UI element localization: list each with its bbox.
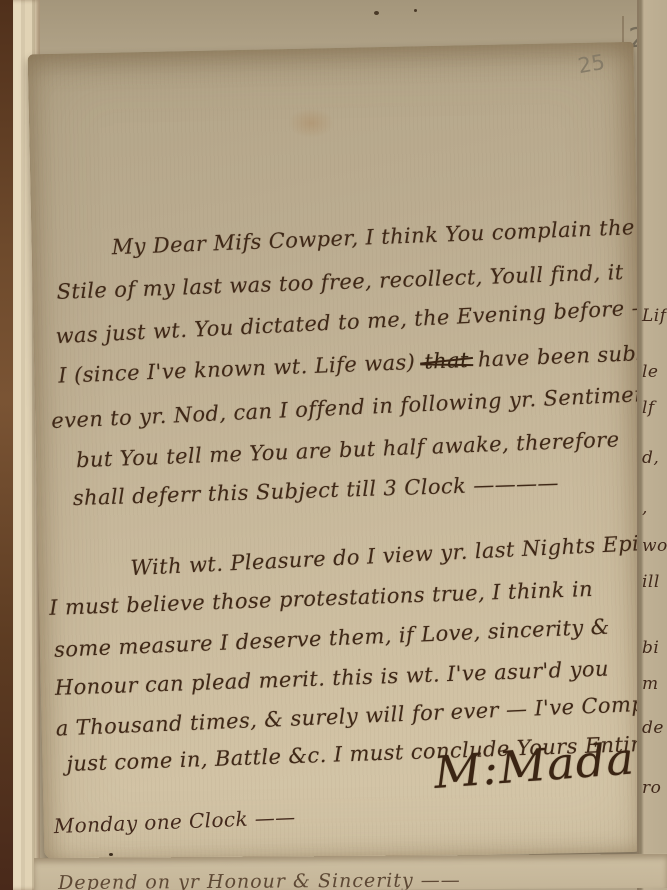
line-segment: I (since I've known wt. Life was) [58,350,416,388]
paper-speck [109,853,113,856]
letter-line: some measure I deserve them, if Love, si… [54,615,611,662]
folio-number-left: 25 [576,50,606,78]
page-fragment: de [642,718,664,738]
book-binding [0,0,13,890]
letter-line: My Dear Mifs Cowper, I think You complai… [111,215,635,259]
page-fragment: wo [642,536,667,556]
page-fragment: , [642,498,648,518]
letter-body: My Dear Mifs Cowper, I think You complai… [28,42,651,865]
paper-speck [414,9,417,12]
paper-speck [374,11,379,15]
letter-line: even to yr. Nod, can I offend in followi… [51,379,667,433]
page-fragment: bi [642,638,659,658]
page-fragment: d, [642,448,659,468]
letter-line: was just wt. You dictated to me, the Eve… [55,295,654,348]
adjacent-page-sliver: Lif le lf d, , wo ill bi m de ro [637,0,667,890]
page-fragment: m [642,674,659,694]
letter-line: I (since I've known wt. Life was) that h… [58,338,667,388]
letter-line: shall deferr this Subject till 3 Clock —… [73,471,560,510]
struck-word: that [422,348,471,374]
page-fragment: ro [642,778,661,798]
letter-page: My Dear Mifs Cowper, I think You complai… [28,42,651,865]
next-page-strip: Depend on yr Honour & Sincerity —— [34,854,667,890]
page-fragment: ill [642,572,660,592]
manuscript-photo: 28 My Dear Mifs Cowper, I think You comp… [0,0,667,890]
letter-line: I must believe those protestations true,… [49,577,594,620]
dateline: Monday one Clock —— [53,805,296,838]
letter-line: Stile of my last was too free, recollect… [56,260,624,304]
letter-line: With wt. Pleasure do I view yr. last Nig… [130,529,667,580]
letter-line: but You tell me You are but half awake, … [76,427,620,472]
next-page-partial-line: Depend on yr Honour & Sincerity —— [58,869,461,890]
page-fragment: Lif [642,306,667,326]
paper-stain [288,108,334,138]
page-fragment: le [642,362,659,382]
page-fragment: lf [642,398,655,418]
letter-line: a Thousand times, & surely will for ever… [55,690,667,740]
letter-line: Honour can plead merit. this is wt. I've… [54,657,609,700]
